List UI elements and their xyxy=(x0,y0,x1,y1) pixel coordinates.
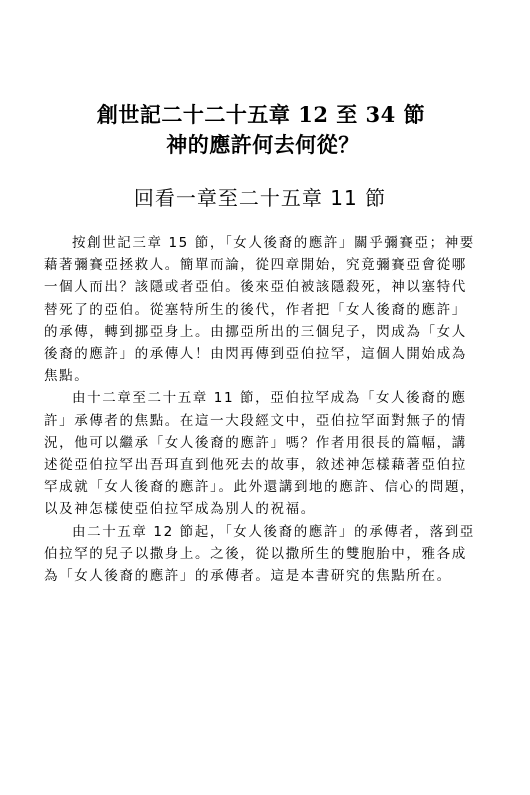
text-line: 的承傳，轉到挪亞身上。由挪亞所出的三個兒子，閃成為「女人 xyxy=(44,321,446,343)
text-line: 由十二章至二十五章 11 節，亞伯拉罕成為「女人後裔的應 xyxy=(44,387,446,409)
text-line: 後裔的應許」的承傳人！由閃再傳到亞伯拉罕，這個人開始成為 xyxy=(44,343,446,365)
chapter-title: 創世記二十二十五章 12 至 34 節 神的應許何去何從？ xyxy=(0,100,530,160)
paragraph-2: 由十二章至二十五章 11 節，亞伯拉罕成為「女人後裔的應 許」承傳者的焦點。在這… xyxy=(44,387,446,520)
text-line: 由二十五章 12 節起，「女人後裔的應許」的承傳者，落到亞 xyxy=(44,521,446,543)
document-page: 創世記二十二十五章 12 至 34 節 神的應許何去何從？ 回看一章至二十五章 … xyxy=(0,0,530,795)
text-line: 一個人而出？該隱或者亞伯。後來亞伯被該隱殺死，神以塞特代 xyxy=(44,276,446,298)
title-line-2: 神的應許何去何從？ xyxy=(0,130,530,160)
text-line: 替死了的亞伯。從塞特所生的後代，作者把「女人後裔的應許」 xyxy=(44,299,446,321)
body-text: 按創世記三章 15 節，「女人後裔的應許」關乎彌賽亞；神要 藉著彌賽亞拯救人。簡… xyxy=(44,232,446,587)
text-line: 許」承傳者的焦點。在這一大段經文中，亞伯拉罕面對無子的情 xyxy=(44,410,446,432)
text-line: 為「女人後裔的應許」的承傳者。這是本書研究的焦點所在。 xyxy=(44,565,446,587)
section-subtitle: 回看一章至二十五章 11 節 xyxy=(0,184,525,212)
title-line-1: 創世記二十二十五章 12 至 34 節 xyxy=(0,100,530,130)
text-line: 況，他可以繼承「女人後裔的應許」嗎？作者用很長的篇幅，講 xyxy=(44,432,446,454)
text-line: 按創世記三章 15 節，「女人後裔的應許」關乎彌賽亞；神要 xyxy=(44,232,446,254)
text-line: 述從亞伯拉罕出吾珥直到他死去的故事，敘述神怎樣藉著亞伯拉 xyxy=(44,454,446,476)
text-line: 伯拉罕的兒子以撒身上。之後，從以撒所生的雙胞胎中，雅各成 xyxy=(44,543,446,565)
text-line: 罕成就「女人後裔的應許」。此外還講到地的應許、信心的問題， xyxy=(44,476,446,498)
text-line: 焦點。 xyxy=(44,365,446,387)
paragraph-1: 按創世記三章 15 節，「女人後裔的應許」關乎彌賽亞；神要 藉著彌賽亞拯救人。簡… xyxy=(44,232,446,387)
text-line: 藉著彌賽亞拯救人。簡單而論，從四章開始，究竟彌賽亞會從哪 xyxy=(44,254,446,276)
text-line: 以及神怎樣使亞伯拉罕成為別人的祝福。 xyxy=(44,498,446,520)
paragraph-3: 由二十五章 12 節起，「女人後裔的應許」的承傳者，落到亞 伯拉罕的兒子以撒身上… xyxy=(44,521,446,588)
